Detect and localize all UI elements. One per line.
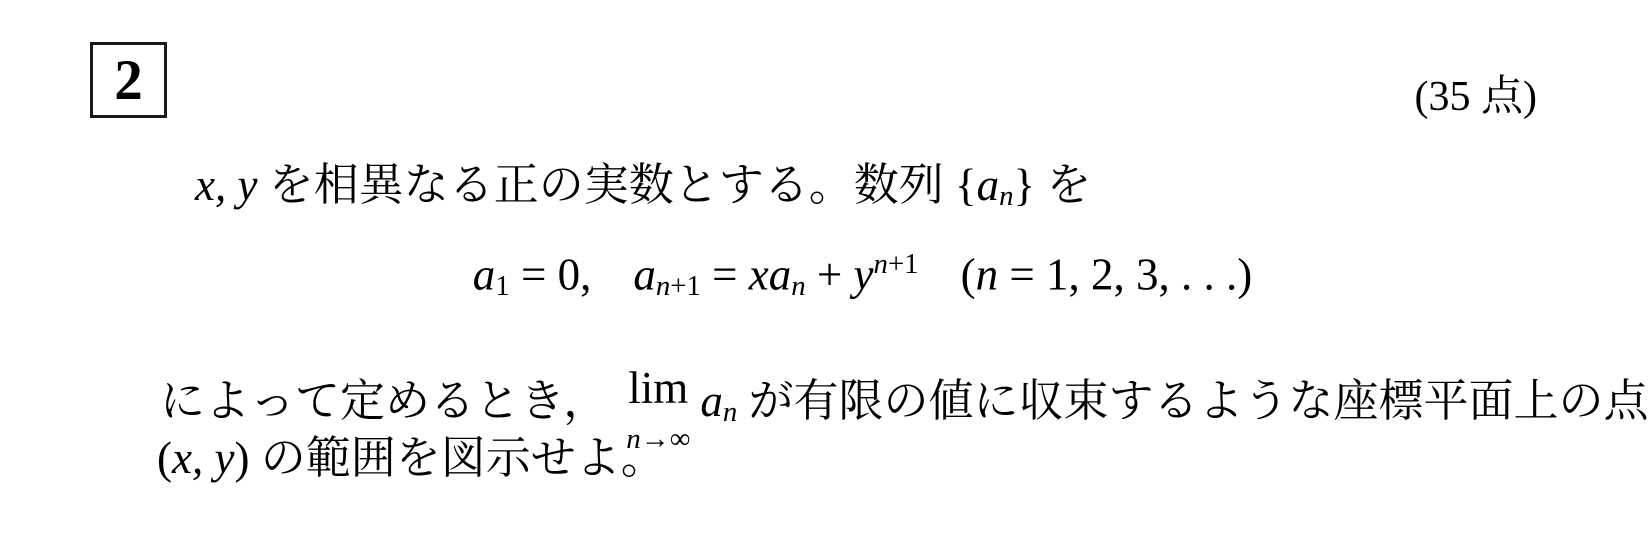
exam-page: 2 (35 点) x, y を相異なる正の実数とする。数列 {an} を a1 …	[0, 0, 1652, 552]
body-a-sub: n	[723, 396, 737, 428]
an-base: a	[769, 250, 792, 300]
an-sub: n	[791, 270, 805, 302]
seq-a: a	[977, 160, 1000, 210]
close-brace: }	[1013, 160, 1035, 210]
lim-label: lim	[628, 363, 688, 413]
cond-n: n	[976, 250, 999, 300]
body-text-2: が有限の値に収束するような座標平面上の点	[737, 376, 1648, 426]
eq-zero: = 0,	[510, 250, 592, 300]
seq-a-sub: n	[999, 180, 1013, 212]
an1-sub-plus: +1	[670, 270, 701, 302]
points-label: (35 点)	[1415, 76, 1537, 118]
body-a-base: a	[700, 376, 723, 426]
y-sup-n: n	[874, 248, 888, 280]
intro-text-1: を相異なる正の実数とする。数列	[257, 160, 955, 210]
cond-open-paren: (	[961, 250, 976, 300]
closing-xy: x, y	[172, 433, 234, 483]
a1-sub: 1	[495, 270, 509, 302]
problem-number-box: 2	[90, 42, 167, 118]
body-text-1: によって定めるとき，	[160, 376, 608, 426]
closing-text: の範囲を図示せよ。	[249, 433, 665, 483]
y-var: y	[854, 250, 874, 300]
an1-base: a	[633, 250, 656, 300]
problem-number: 2	[114, 48, 143, 113]
an1-sub-n: n	[656, 270, 670, 302]
closing-close-paren: )	[234, 433, 249, 483]
math-xy: x, y	[195, 160, 257, 210]
cond-rest: = 1, 2, 3, . . .)	[998, 250, 1252, 300]
a1-base: a	[473, 250, 496, 300]
plus-sign: +	[806, 250, 854, 300]
closing-open-paren: (	[157, 433, 172, 483]
intro-text-2: を	[1035, 160, 1091, 210]
recurrence-formula: a1 = 0,an+1 = xan + yn+1(n = 1, 2, 3, . …	[170, 250, 1555, 301]
x-var: x	[749, 250, 769, 300]
intro-line: x, y を相異なる正の実数とする。数列 {an} を	[195, 163, 1091, 211]
closing-line: (x, y) の範囲を図示せよ。	[157, 436, 666, 481]
open-brace: {	[955, 160, 977, 210]
equals-sign: =	[701, 250, 749, 300]
y-sup-plus: +1	[888, 248, 919, 280]
